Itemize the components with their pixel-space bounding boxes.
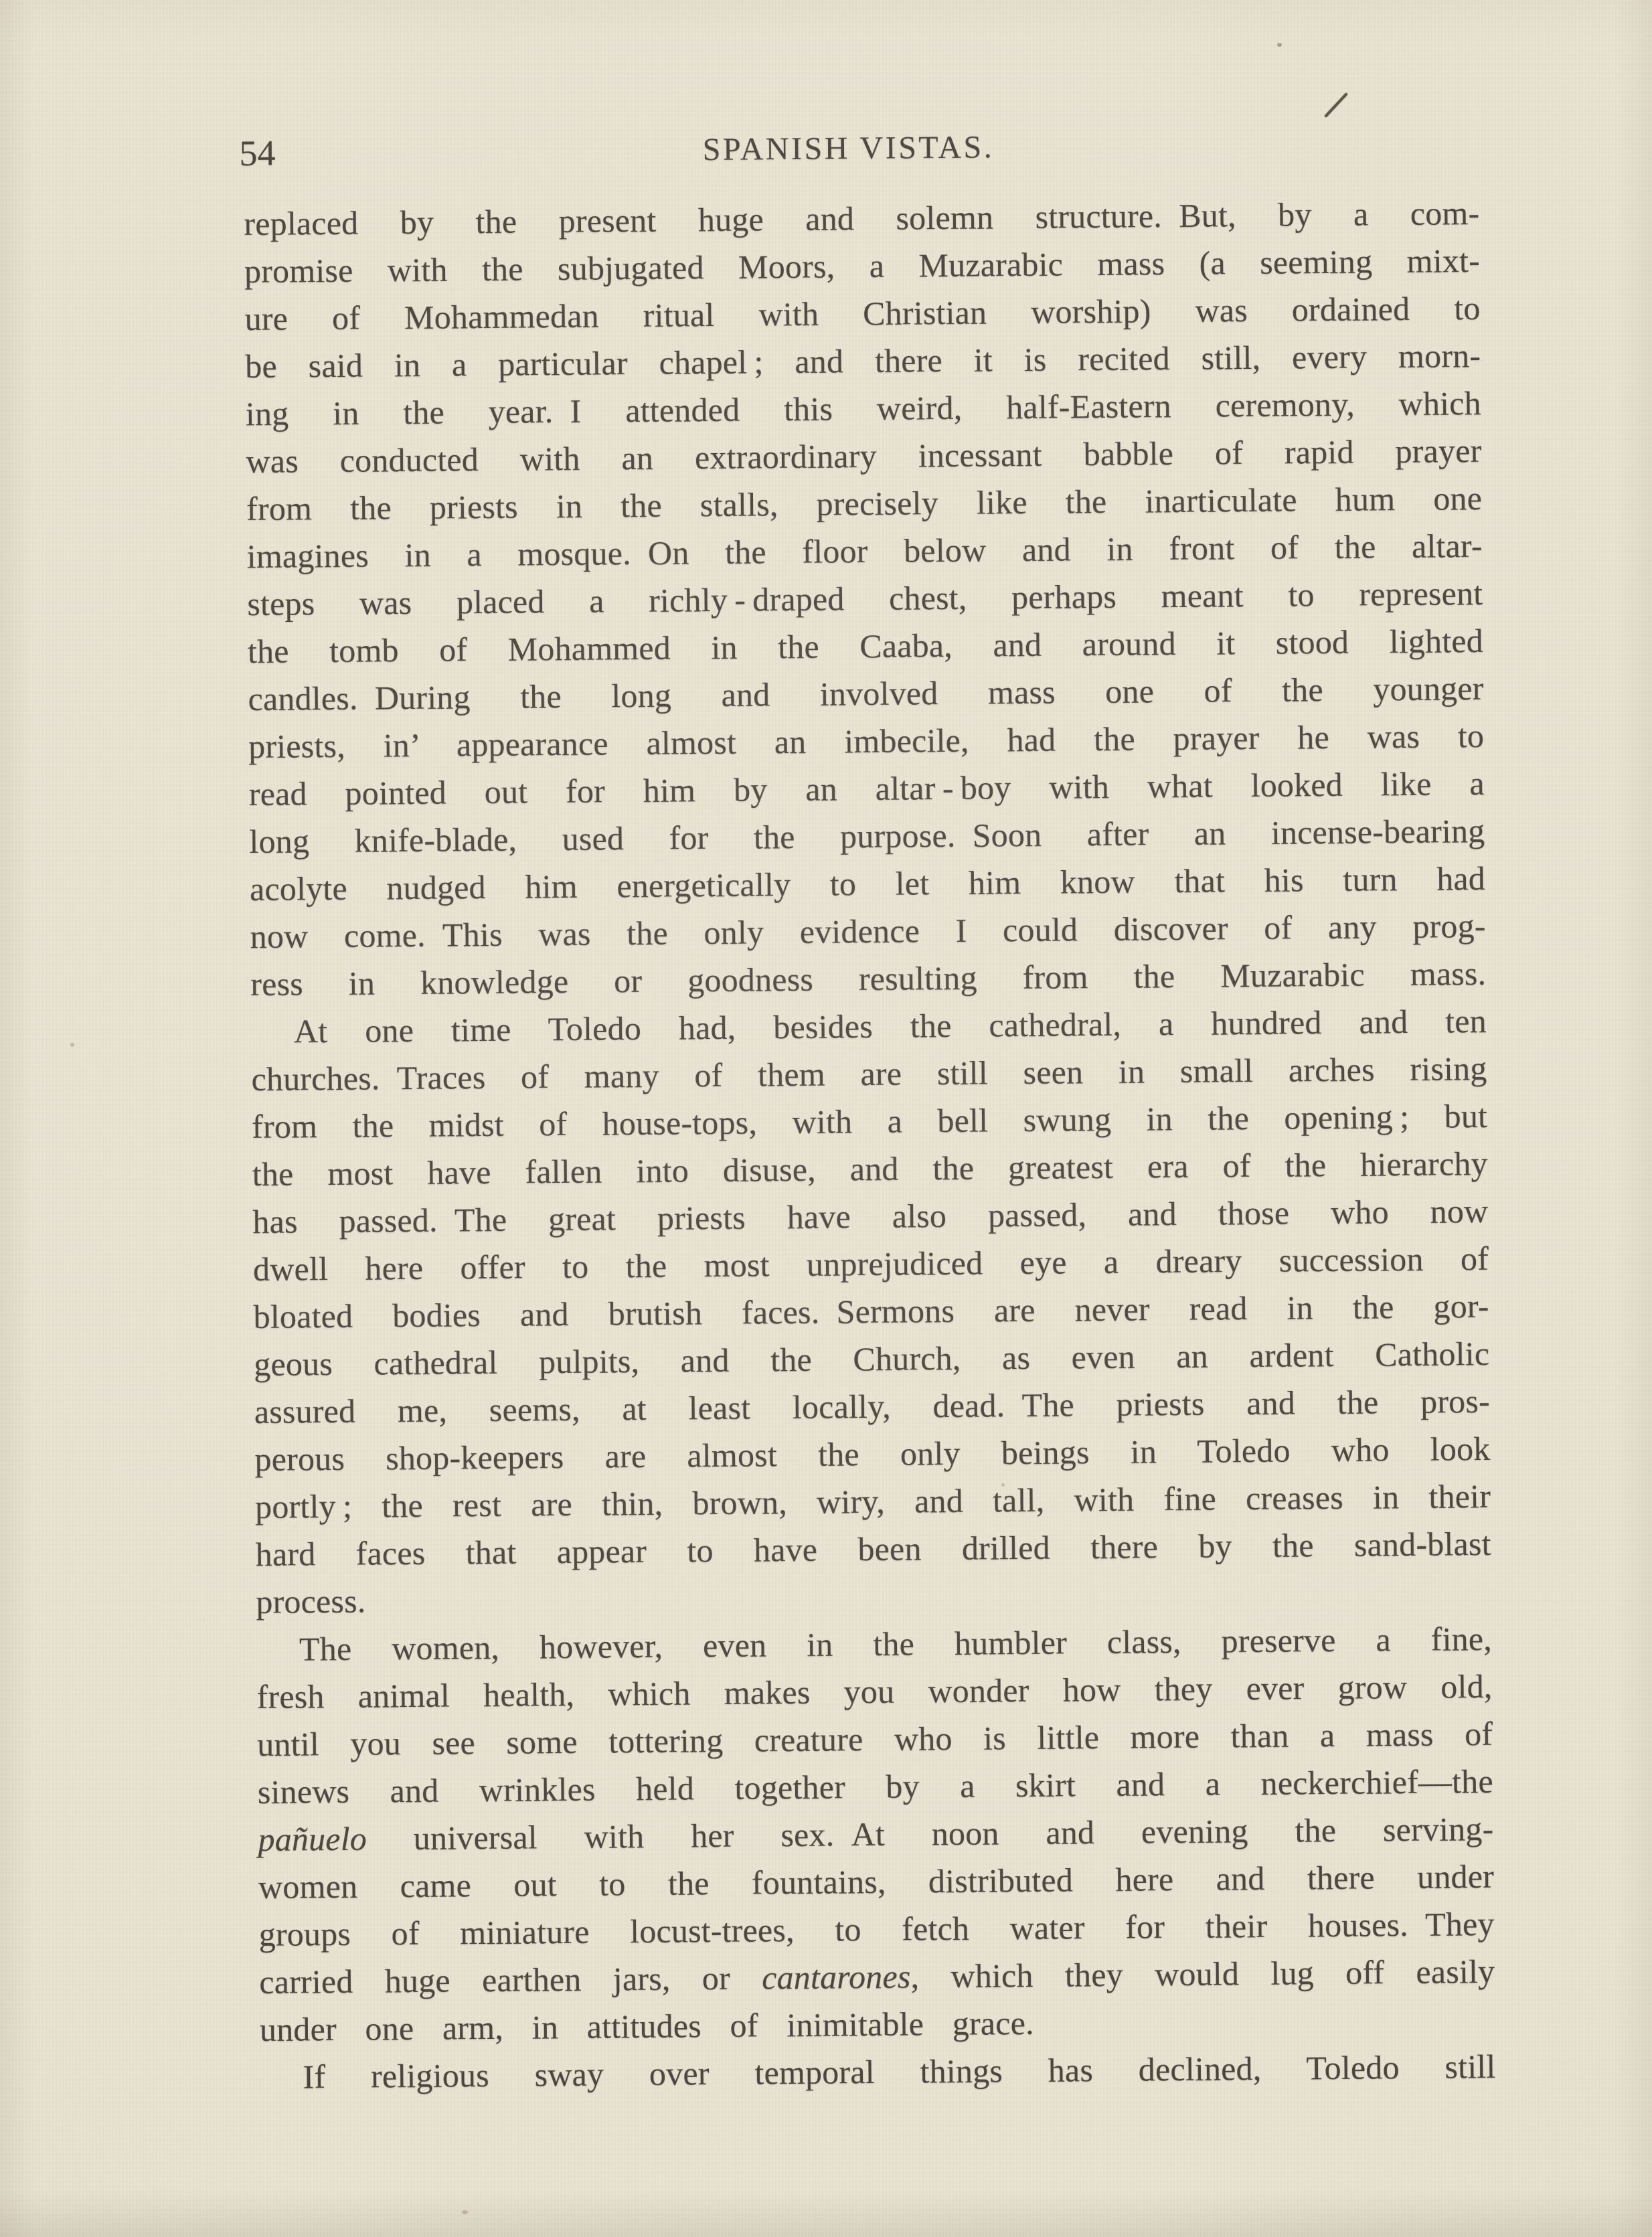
text-segment: now come. This was the only evidence I c… xyxy=(250,907,1485,955)
text-segment: imagines in a mosque. On the floor below… xyxy=(246,527,1482,575)
text-segment: until you see some tottering creature wh… xyxy=(257,1715,1493,1763)
text-segment: The women, however, even in the humbler … xyxy=(299,1620,1492,1668)
page-content: 54 SPANISH VISTAS. replaced by the prese… xyxy=(243,119,1496,2101)
running-title: SPANISH VISTAS. xyxy=(230,119,1467,177)
paragraph: If religious sway over temporal things h… xyxy=(260,2043,1496,2101)
text-segment: candles. During the long and involved ma… xyxy=(248,669,1483,718)
text-segment: the tomb of Mohammed in the Caaba, and a… xyxy=(248,622,1483,670)
text-segment: sinews and wrinkles held together by a s… xyxy=(258,1762,1493,1811)
ink-speck xyxy=(70,1043,74,1047)
italic-word: cantarones xyxy=(762,1958,911,1997)
text-segment: , which they would lug off easily xyxy=(910,1953,1495,1995)
ink-speck xyxy=(1277,43,1282,47)
text-segment: be said in a particular chapel ; and the… xyxy=(245,337,1481,385)
text-segment: geous cathedral pulpits, and the Church,… xyxy=(254,1335,1489,1383)
text-segment: If religious sway over temporal things h… xyxy=(303,2048,1495,2096)
text-segment: churches. Traces of many of them are sti… xyxy=(251,1050,1487,1098)
text-segment: carried huge earthen jars, or xyxy=(259,1959,762,2001)
italic-word: pañuelo xyxy=(258,1820,367,1858)
text-segment: dwell here offer to the most unprejudice… xyxy=(253,1240,1489,1288)
text-segment: ure of Mohammedan ritual with Christian … xyxy=(244,289,1480,337)
paragraph: The women, however, even in the humbler … xyxy=(256,1615,1496,2054)
page-header: 54 SPANISH VISTAS. xyxy=(243,119,1479,177)
text-segment: At one time Toledo had, besides the cath… xyxy=(294,1002,1487,1050)
paragraph: At one time Toledo had, besides the cath… xyxy=(251,997,1492,1626)
text-segment: women came out to the fountains, distrib… xyxy=(258,1857,1494,1906)
text-segment: perous shop-keepers are almost the only … xyxy=(254,1430,1490,1478)
paragraph: replaced by the present huge and solemn … xyxy=(244,189,1486,1008)
text-segment: from the priests in the stalls, precisel… xyxy=(246,479,1482,527)
ink-speck xyxy=(1001,1483,1005,1487)
text-segment: steps was placed a richly - draped chest… xyxy=(247,574,1483,623)
text-line: If religious sway over temporal things h… xyxy=(260,2043,1496,2101)
pen-slash-mark xyxy=(1324,92,1348,118)
text-segment: has passed. The great priests have also … xyxy=(252,1192,1488,1240)
text-segment: bloated bodies and brutish faces. Sermon… xyxy=(253,1287,1489,1335)
text-segment: long knife-blade, used for the purpose. … xyxy=(249,812,1485,860)
text-segment: was conducted with an extraordinary ince… xyxy=(246,432,1481,480)
text-segment: priests, in’ appearance almost an imbeci… xyxy=(248,717,1484,765)
text-segment: under one arm, in attitudes of inimitabl… xyxy=(260,2004,1034,2048)
text-segment: universal with her sex. At noon and even… xyxy=(367,1810,1494,1857)
text-segment: ing in the year. I attended this weird, … xyxy=(246,384,1481,432)
scanned-book-page: 54 SPANISH VISTAS. replaced by the prese… xyxy=(0,0,1652,2237)
text-segment: hard faces that appear to have been dril… xyxy=(256,1525,1491,1573)
text-segment: the most have fallen into disuse, and th… xyxy=(252,1145,1488,1193)
text-segment: promise with the subjugated Moors, a Muz… xyxy=(244,242,1480,290)
text-segment: portly ; the rest are thin, brown, wiry,… xyxy=(255,1477,1491,1525)
text-segment: process. xyxy=(256,1582,366,1621)
text-segment: ress in knowledge or goodness resulting … xyxy=(250,955,1486,1003)
ink-speck xyxy=(462,2210,468,2214)
text-segment: acolyte nudged him energetically to let … xyxy=(250,859,1485,908)
text-segment: assured me, seems, at least locally, dea… xyxy=(254,1382,1490,1430)
text-segment: groups of miniature locust-trees, to fet… xyxy=(258,1905,1494,1953)
text-segment: fresh animal health, which makes you won… xyxy=(256,1667,1492,1716)
text-segment: replaced by the present huge and solemn … xyxy=(244,194,1479,242)
text-block: replaced by the present huge and solemn … xyxy=(244,189,1496,2101)
text-segment: read pointed out for him by an altar - b… xyxy=(249,764,1485,813)
text-segment: from the midst of house-tops, with a bel… xyxy=(252,1097,1487,1145)
